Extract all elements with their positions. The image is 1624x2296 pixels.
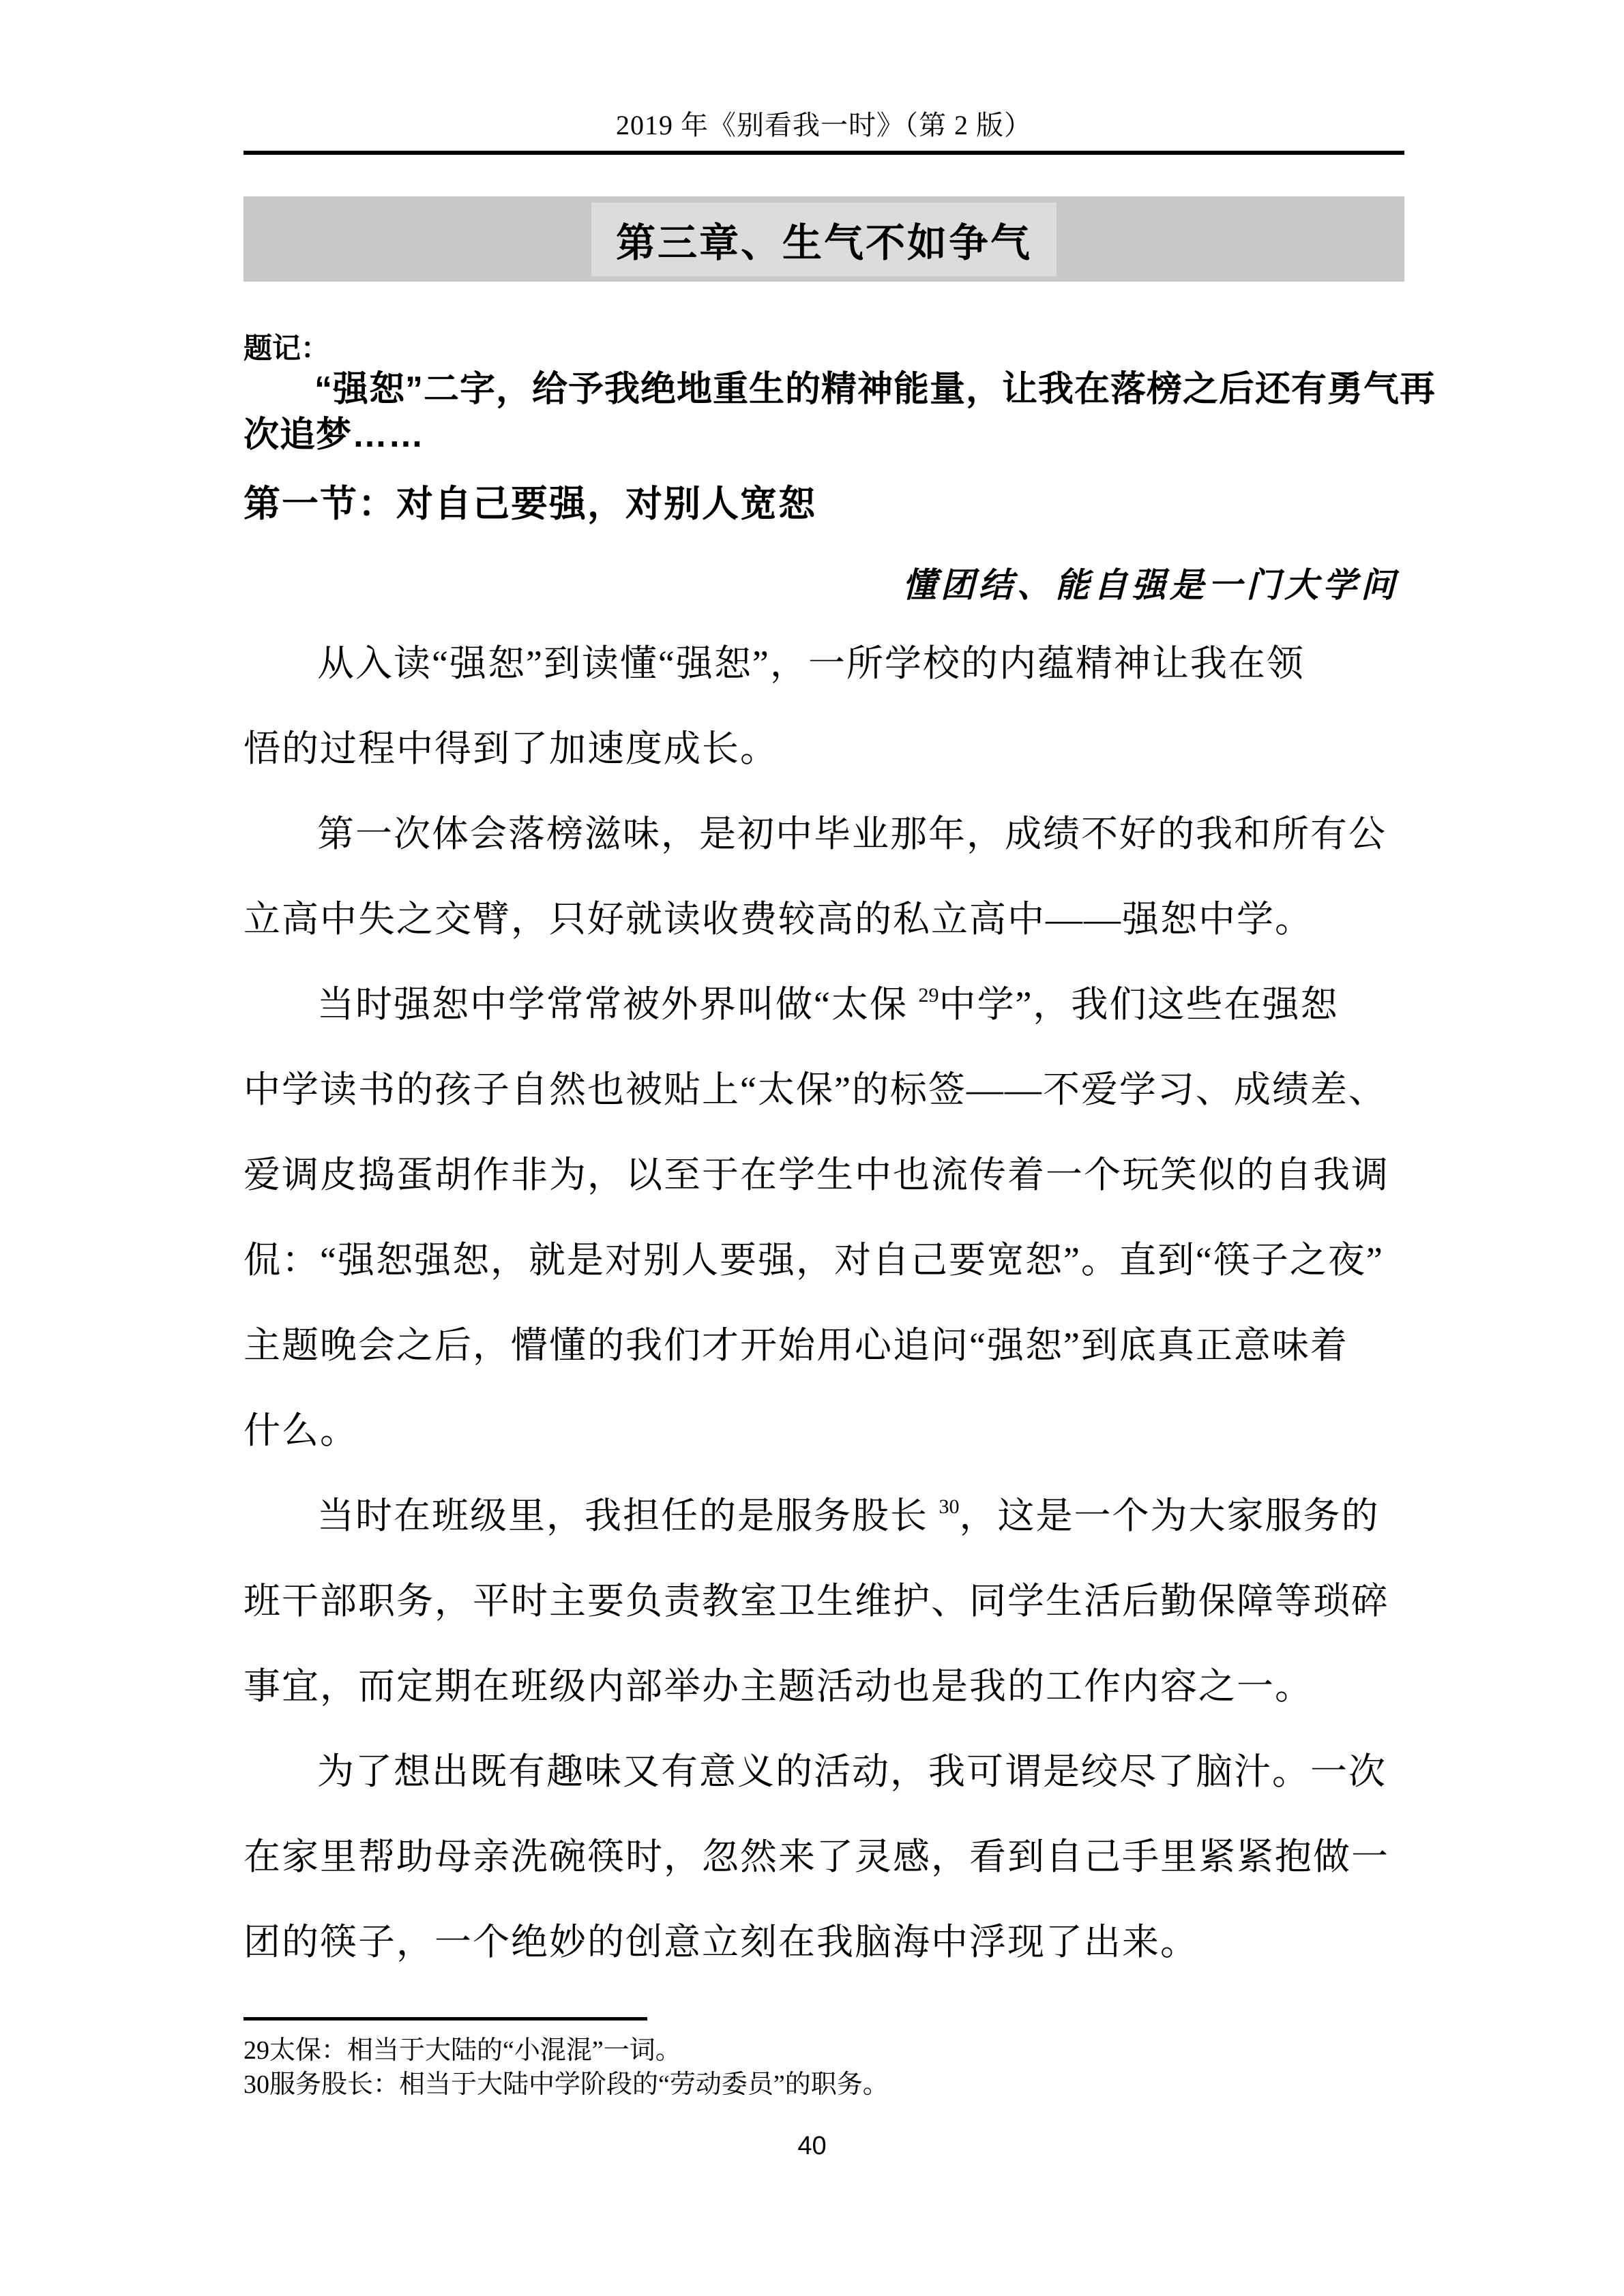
- footnote-separator: [243, 2017, 647, 2021]
- body-line: 爱调皮捣蛋胡作非为，以至于在学生中也流传着一个玩笑似的自我调: [243, 1133, 1404, 1218]
- footnote-line: 30服务股长：相当于大陆中学阶段的“劳动委员”的职务。: [243, 2068, 1404, 2102]
- footnote-ref: 30: [939, 1495, 960, 1518]
- body-line: 为了想出既有趣味又有意义的活动，我可谓是绞尽了脑汁。一次: [243, 1729, 1404, 1815]
- epigraph-line: 次追梦……: [243, 413, 1404, 458]
- body-line: 悟的过程中得到了加速度成长。: [243, 706, 1404, 792]
- body-line: 主题晚会之后，懵懂的我们才开始用心追问“强恕”到底真正意味着: [243, 1303, 1404, 1388]
- body-line: 团的筷子，一个绝妙的创意立刻在我脑海中浮现了出来。: [243, 1900, 1404, 1985]
- chapter-title: 第三章、生气不如争气: [616, 221, 1032, 265]
- epigraph-label: 题记：: [243, 326, 329, 367]
- footnotes: 29太保：相当于大陆的“小混混”一词。30服务股长：相当于大陆中学阶段的“劳动委…: [243, 2033, 1404, 2102]
- body-line: 在家里帮助母亲洗碗筷时，忽然来了灵感，看到自己手里紧紧抱做一: [243, 1815, 1404, 1900]
- footnote-ref: 29: [918, 984, 939, 1007]
- chapter-banner: 第三章、生气不如争气: [243, 196, 1404, 282]
- page-header-title: 2019 年《别看我一时》（第 2 版）: [243, 108, 1404, 143]
- epigraph-line: “强恕”二字，给予我绝地重生的精神能量，让我在落榜之后还有勇气再: [243, 367, 1404, 413]
- body-line: 第一次体会落榜滋味，是初中毕业那年，成绩不好的我和所有公: [243, 792, 1404, 877]
- epigraph-text: “强恕”二字，给予我绝地重生的精神能量，让我在落榜之后还有勇气再 次追梦……: [243, 367, 1404, 458]
- page-number: 40: [0, 2132, 1624, 2161]
- document-page: 2019 年《别看我一时》（第 2 版） 第三章、生气不如争气 题记： “强恕”…: [0, 0, 1624, 2296]
- section-heading: 第一节：对自己要强，对别人宽恕: [243, 475, 816, 527]
- body-text: 从入读“强恕”到读懂“强恕”，一所学校的内蕴精神让我在领悟的过程中得到了加速度成…: [243, 621, 1404, 1985]
- body-line: 侃：“强恕强恕，就是对别人要强，对自己要宽恕”。直到“筷子之夜”: [243, 1218, 1404, 1303]
- footnote-line: 29太保：相当于大陆的“小混混”一词。: [243, 2033, 1404, 2068]
- header-rule: [243, 151, 1404, 155]
- body-line: 中学读书的孩子自然也被贴上“太保”的标签——不爱学习、成绩差、: [243, 1047, 1404, 1133]
- body-line: 班干部职务，平时主要负责教室卫生维护、同学生活后勤保障等琐碎: [243, 1559, 1404, 1644]
- chapter-title-highlight: 第三章、生气不如争气: [591, 203, 1057, 276]
- section-motto: 懂团结、能自强是一门大学问: [243, 558, 1399, 607]
- body-line: 当时强恕中学常常被外界叫做“太保 29中学”，我们这些在强恕: [243, 962, 1404, 1047]
- body-line: 什么。: [243, 1388, 1404, 1474]
- body-line: 立高中失之交臂，只好就读收费较高的私立高中——强恕中学。: [243, 877, 1404, 962]
- body-line: 从入读“强恕”到读懂“强恕”，一所学校的内蕴精神让我在领: [243, 621, 1404, 706]
- body-line: 事宜，而定期在班级内部举办主题活动也是我的工作内容之一。: [243, 1644, 1404, 1729]
- body-line: 当时在班级里，我担任的是服务股长 30，这是一个为大家服务的: [243, 1474, 1404, 1559]
